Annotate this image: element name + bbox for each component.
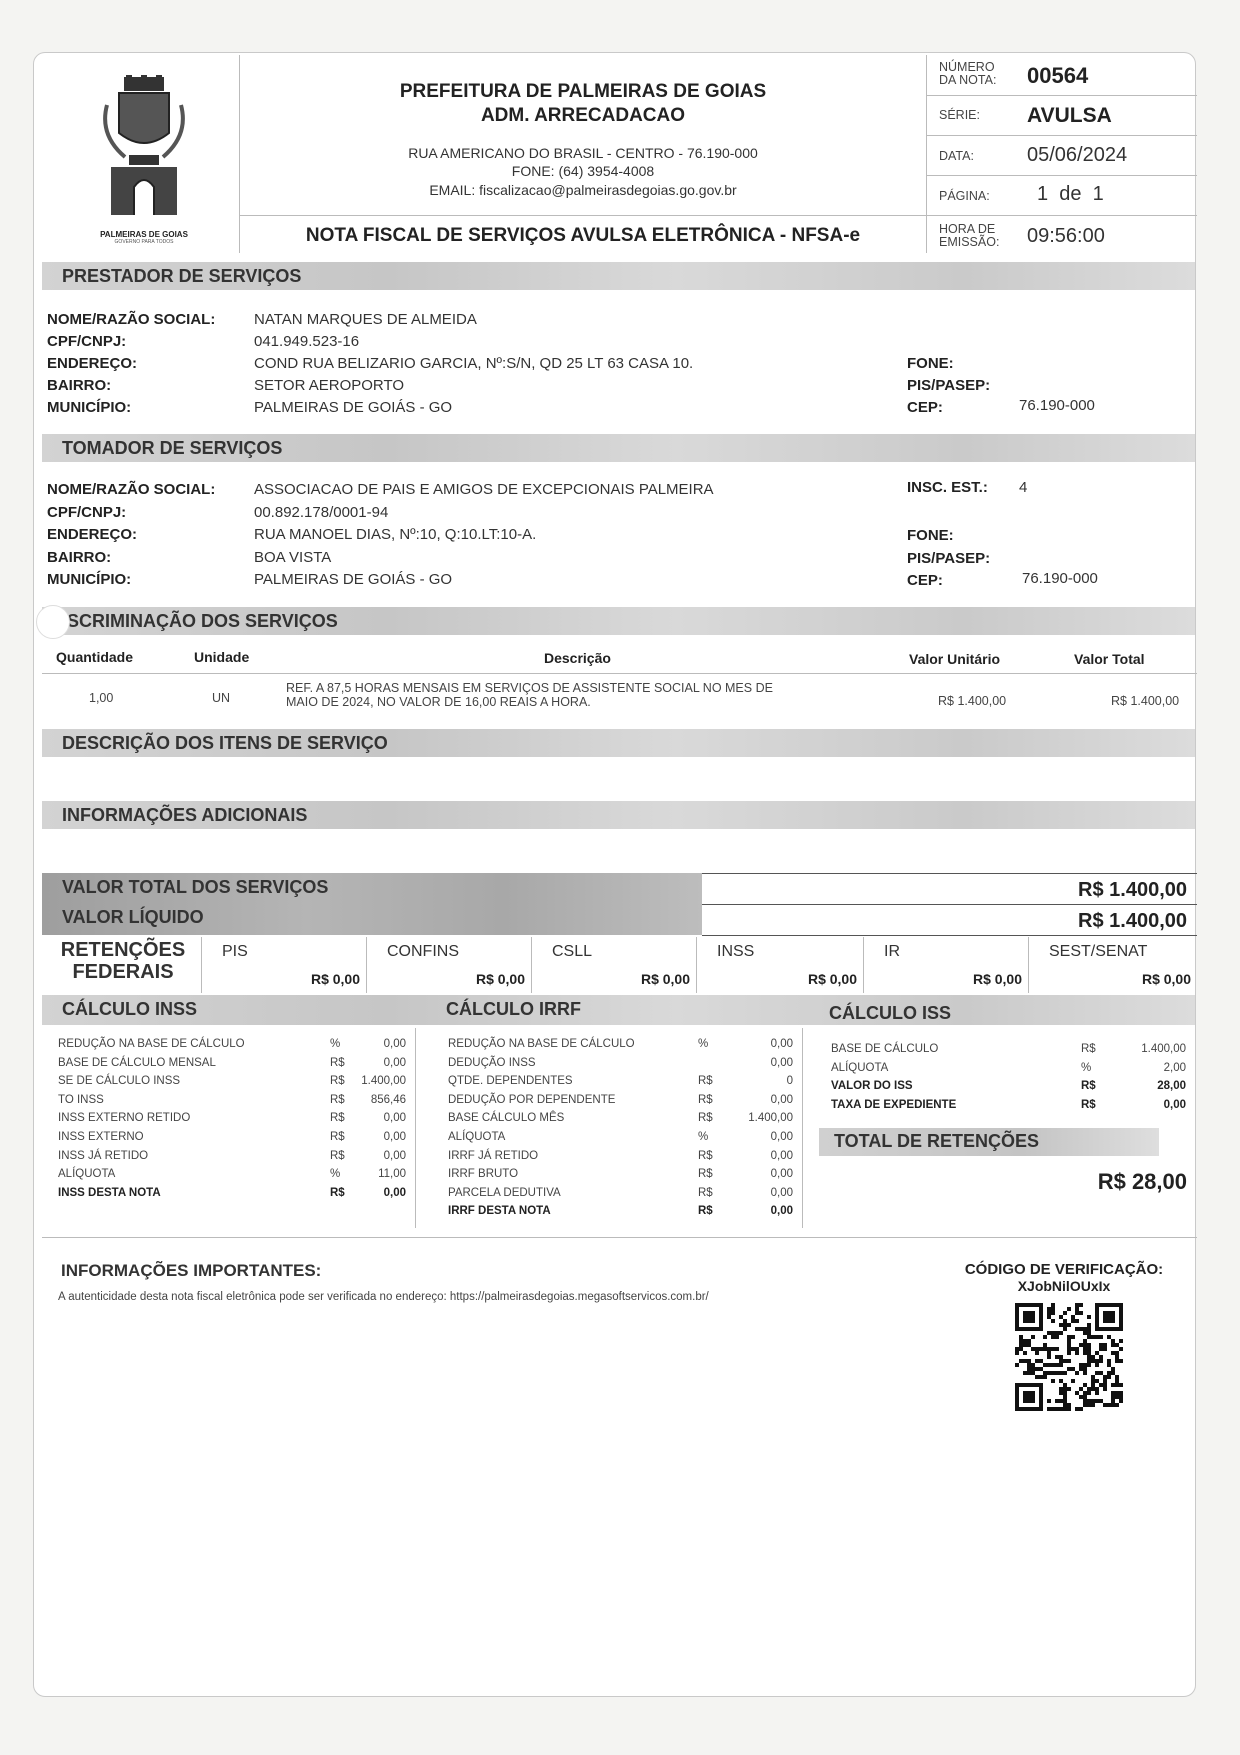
calc-label: IRRF JÁ RETIDO: [448, 1150, 538, 1162]
logo-subcaption: GOVERNO PARA TODOS: [89, 239, 199, 245]
calc-label: BASE DE CÁLCULO: [831, 1043, 938, 1055]
info-importantes-text: A autenticidade desta nota fiscal eletrô…: [58, 1291, 709, 1303]
calc-irrf-row: PARCELA DEDUTIVAR$0,00: [448, 1187, 793, 1206]
calc-value: 0,00: [771, 1205, 793, 1217]
calc-unit: R$: [1081, 1080, 1096, 1092]
retencao-label: CONFINS: [387, 943, 459, 961]
retencao-value: R$ 0,00: [641, 971, 690, 987]
issuer-email: EMAIL: fiscalizacao@palmeirasdegoias.go.…: [240, 182, 926, 198]
tomador-cep: 76.190-000: [1022, 570, 1098, 587]
retencao-confins: CONFINSR$ 0,00: [366, 937, 531, 993]
service-valor-unitario: R$ 1.400,00: [938, 694, 1006, 708]
calc-label: TAXA DE EXPEDIENTE: [831, 1099, 956, 1111]
calc-irrf-row: BASE CÁLCULO MÊSR$1.400,00: [448, 1112, 793, 1131]
calc-unit: %: [1081, 1062, 1091, 1074]
calc-label: ALÍQUOTA: [58, 1168, 115, 1180]
calc-value: 0,00: [384, 1131, 406, 1143]
retencao-sest-senat: SEST/SENATR$ 0,00: [1028, 937, 1197, 993]
col-valor-unitario: Valor Unitário: [909, 651, 1000, 667]
calc-label: INSS EXTERNO: [58, 1131, 144, 1143]
prestador-nome-label: NOME/RAZÃO SOCIAL:: [47, 309, 215, 331]
section-itens-servico: DESCRIÇÃO DOS ITENS DE SERVIÇO: [42, 729, 1195, 757]
calc-unit: R$: [698, 1150, 713, 1162]
tomador-municipio-label: MUNICÍPIO:: [47, 569, 215, 592]
valor-liquido: R$ 1.400,00: [1078, 910, 1187, 933]
hora-label: HORA DE EMISSÃO:: [939, 223, 1014, 249]
calc-value: 0: [787, 1075, 793, 1087]
calc-iss-row: BASE DE CÁLCULOR$1.400,00: [831, 1043, 1186, 1062]
calc-unit: R$: [698, 1168, 713, 1180]
calc-label: ALÍQUOTA: [831, 1062, 888, 1074]
valor-total-servicos: R$ 1.400,00: [1078, 879, 1187, 902]
calc-label: INSS EXTERNO RETIDO: [58, 1112, 190, 1124]
service-quantidade: 1,00: [89, 691, 113, 705]
qr-code-icon: [1015, 1303, 1123, 1411]
calc-value: 0,00: [384, 1112, 406, 1124]
prestador-cep: 76.190-000: [1019, 397, 1095, 414]
retencoes-title-l2: FEDERAIS: [48, 961, 198, 983]
service-descricao-l2: MAIO DE 2024, NO VALOR DE 16,00 REAIS A …: [286, 695, 773, 709]
calc-irrf-row: ALÍQUOTA%0,00: [448, 1131, 793, 1150]
section-prestador-title: PRESTADOR DE SERVIÇOS: [62, 266, 301, 287]
calc-unit: R$: [330, 1112, 345, 1124]
calc-unit: %: [330, 1168, 340, 1180]
section-servicos: ISCRIMINAÇÃO DOS SERVIÇOS: [42, 607, 1195, 635]
calc-iss-title: CÁLCULO ISS: [829, 1003, 951, 1024]
calc-unit: R$: [330, 1131, 345, 1143]
calc-value: 28,00: [1157, 1080, 1186, 1092]
calc-unit: R$: [330, 1187, 345, 1199]
issuer-address: RUA AMERICANO DO BRASIL - CENTRO - 76.19…: [240, 145, 926, 161]
calc-irrf-row: IRRF JÁ RETIDOR$0,00: [448, 1150, 793, 1169]
total-retencoes-value: R$ 28,00: [1098, 1169, 1187, 1195]
calc-value: 0,00: [1164, 1099, 1186, 1111]
section-tomador-title: TOMADOR DE SERVIÇOS: [62, 438, 282, 459]
nfsa-document: PALMEIRAS DE GOIAS GOVERNO PARA TODOS PR…: [33, 52, 1196, 1697]
prestador-municipio: PALMEIRAS DE GOIÁS - GO: [254, 397, 693, 419]
data-label: DATA:: [939, 149, 974, 163]
invoice-number: 00564: [1027, 63, 1088, 89]
calc-value: 11,00: [378, 1168, 406, 1180]
calc-value: 0,00: [384, 1038, 406, 1050]
calc-label: DEDUÇÃO INSS: [448, 1057, 536, 1069]
retencao-value: R$ 0,00: [311, 971, 360, 987]
section-tomador: TOMADOR DE SERVIÇOS: [42, 434, 1195, 462]
retencao-label: SEST/SENAT: [1049, 943, 1147, 961]
prestador-municipio-label: MUNICÍPIO:: [47, 397, 215, 419]
retencao-label: PIS: [222, 943, 248, 961]
calc-value: 1.400,00: [748, 1112, 793, 1124]
prestador-bairro-label: BAIRRO:: [47, 375, 215, 397]
calc-label: SE DE CÁLCULO INSS: [58, 1075, 180, 1087]
calc-value: 1.400,00: [1141, 1043, 1186, 1055]
tomador-bairro-label: BAIRRO:: [47, 547, 215, 570]
calc-band: [42, 995, 1195, 1025]
retencao-pis: PISR$ 0,00: [201, 937, 366, 993]
invoice-date: 05/06/2024: [1027, 144, 1127, 167]
tomador-nome-label: NOME/RAZÃO SOCIAL:: [47, 479, 215, 502]
codigo-verificacao-label: CÓDIGO DE VERIFICAÇÃO:: [939, 1261, 1189, 1278]
tomador-fone-label: FONE:: [907, 525, 990, 548]
punch-hole: [36, 605, 70, 639]
section-info-adicionais-title: INFORMAÇÕES ADICIONAIS: [62, 805, 307, 826]
service-valor-total: R$ 1.400,00: [1111, 694, 1179, 708]
calc-value: 0,00: [771, 1187, 793, 1199]
info-importantes-title: INFORMAÇÕES IMPORTANTES:: [61, 1261, 321, 1281]
calc-inss-row: TO INSSR$856,46: [58, 1094, 406, 1113]
prestador-nome: NATAN MARQUES DE ALMEIDA: [254, 309, 693, 331]
prestador-cep-label: CEP:: [907, 397, 990, 419]
retencao-inss: INSSR$ 0,00: [696, 937, 863, 993]
emission-time: 09:56:00: [1027, 225, 1105, 248]
calc-irrf-row: DEDUÇÃO POR DEPENDENTER$0,00: [448, 1094, 793, 1113]
calc-value: 1.400,00: [361, 1075, 406, 1087]
calc-label: BASE CÁLCULO MÊS: [448, 1112, 564, 1124]
retencao-csll: CSLLR$ 0,00: [531, 937, 696, 993]
logo-caption: PALMEIRAS DE GOIAS: [89, 230, 199, 239]
calc-unit: R$: [330, 1094, 345, 1106]
tomador-bairro: BOA VISTA: [254, 547, 714, 570]
col-valor-total: Valor Total: [1074, 651, 1145, 667]
calc-inss-row: ALÍQUOTA%11,00: [58, 1168, 406, 1187]
section-itens-servico-title: DESCRIÇÃO DOS ITENS DE SERVIÇO: [62, 733, 388, 754]
retencao-value: R$ 0,00: [476, 971, 525, 987]
calc-inss-title: CÁLCULO INSS: [62, 999, 197, 1020]
calc-label: IRRF DESTA NOTA: [448, 1205, 551, 1217]
calc-unit: %: [698, 1038, 708, 1050]
calc-label: VALOR DO ISS: [831, 1080, 913, 1092]
col-descricao: Descrição: [544, 650, 611, 666]
calc-value: 0,00: [771, 1131, 793, 1143]
issuer-phone: FONE: (64) 3954-4008: [240, 163, 926, 179]
tomador-pis-label: PIS/PASEP:: [907, 548, 990, 571]
calc-label: QTDE. DEPENDENTES: [448, 1075, 573, 1087]
retencao-label: IR: [884, 943, 900, 961]
calc-unit: R$: [698, 1187, 713, 1199]
calc-value: 0,00: [384, 1150, 406, 1162]
prestador-endereco-label: ENDEREÇO:: [47, 353, 215, 375]
calc-inss-row: REDUÇÃO NA BASE DE CÁLCULO%0,00: [58, 1038, 406, 1057]
numero-label: NÚMERO DA NOTA:: [939, 61, 1014, 87]
col-quantidade: Quantidade: [56, 649, 133, 665]
calc-unit: R$: [698, 1205, 713, 1217]
calc-label: REDUÇÃO NA BASE DE CÁLCULO: [58, 1038, 245, 1050]
calc-inss-row: INSS EXTERNO RETIDOR$0,00: [58, 1112, 406, 1131]
valor-total-label: VALOR TOTAL DOS SERVIÇOS: [62, 877, 328, 898]
calc-irrf-row: REDUÇÃO NA BASE DE CÁLCULO%0,00: [448, 1038, 793, 1057]
service-unidade: UN: [212, 691, 230, 705]
calc-label: ALÍQUOTA: [448, 1131, 505, 1143]
calc-unit: %: [698, 1131, 708, 1143]
calc-label: INSS DESTA NOTA: [58, 1187, 161, 1199]
retencao-value: R$ 0,00: [808, 971, 857, 987]
calc-value: 0,00: [384, 1187, 406, 1199]
calc-inss-row: BASE DE CÁLCULO MENSALR$0,00: [58, 1057, 406, 1076]
tomador-cpf: 00.892.178/0001-94: [254, 502, 714, 525]
retencao-ir: IRR$ 0,00: [863, 937, 1028, 993]
invoice-meta-box: NÚMERO DA NOTA: 00564 SÉRIE: AVULSA DATA…: [927, 53, 1197, 253]
prestador-cpf: 041.949.523-16: [254, 331, 693, 353]
section-info-adicionais: INFORMAÇÕES ADICIONAIS: [42, 801, 1195, 829]
col-unidade: Unidade: [194, 649, 249, 665]
calc-value: 0,00: [771, 1038, 793, 1050]
calc-iss-row: TAXA DE EXPEDIENTER$0,00: [831, 1099, 1186, 1118]
calc-irrf-row: IRRF BRUTOR$0,00: [448, 1168, 793, 1187]
calc-value: 0,00: [771, 1094, 793, 1106]
retencoes-title-l1: RETENÇÕES: [48, 939, 198, 961]
calc-inss-row: INSS EXTERNOR$0,00: [58, 1131, 406, 1150]
invoice-page: 1 de 1: [1037, 183, 1104, 206]
calc-unit: R$: [1081, 1043, 1096, 1055]
calc-irrf-title: CÁLCULO IRRF: [446, 999, 581, 1020]
calc-unit: R$: [330, 1057, 345, 1069]
calc-label: REDUÇÃO NA BASE DE CÁLCULO: [448, 1038, 635, 1050]
calc-label: BASE DE CÁLCULO MENSAL: [58, 1057, 216, 1069]
prestador-fone-label: FONE:: [907, 353, 990, 375]
valor-liquido-label: VALOR LÍQUIDO: [62, 907, 204, 928]
calc-value: 0,00: [771, 1057, 793, 1069]
document-title: NOTA FISCAL DE SERVIÇOS AVULSA ELETRÔNIC…: [240, 225, 926, 247]
calc-iss-row: ALÍQUOTA%2,00: [831, 1062, 1186, 1081]
calc-irrf-row: IRRF DESTA NOTAR$0,00: [448, 1205, 793, 1224]
calc-label: DEDUÇÃO POR DEPENDENTE: [448, 1094, 615, 1106]
calc-unit: %: [330, 1038, 340, 1050]
tomador-insc: 4: [1019, 479, 1027, 496]
invoice-serie: AVULSA: [1027, 104, 1112, 128]
service-descricao-l1: REF. A 87,5 HORAS MENSAIS EM SERVIÇOS DE…: [286, 681, 773, 695]
issuer-title: PREFEITURA DE PALMEIRAS DE GOIAS: [240, 81, 926, 103]
calc-irrf-row: QTDE. DEPENDENTESR$0: [448, 1075, 793, 1094]
calc-unit: R$: [1081, 1099, 1096, 1111]
calc-value: 856,46: [371, 1094, 406, 1106]
issuer-subtitle: ADM. ARRECADACAO: [240, 105, 926, 127]
retencao-label: CSLL: [552, 943, 592, 961]
serie-label: SÉRIE:: [939, 108, 980, 122]
total-retencoes-label: TOTAL DE RETENÇÕES: [834, 1131, 1039, 1152]
tomador-cep-label: CEP:: [907, 570, 990, 593]
calc-inss-row: INSS JÁ RETIDOR$0,00: [58, 1150, 406, 1169]
calc-label: TO INSS: [58, 1094, 104, 1106]
prestador-pis-label: PIS/PASEP:: [907, 375, 990, 397]
calc-unit: R$: [330, 1150, 345, 1162]
calc-unit: R$: [698, 1094, 713, 1106]
tomador-nome: ASSOCIACAO DE PAIS E AMIGOS DE EXCEPCION…: [254, 479, 714, 502]
tomador-cpf-label: CPF/CNPJ:: [47, 502, 215, 525]
codigo-verificacao: XJobNilOUxIx: [939, 1278, 1189, 1294]
tomador-municipio: PALMEIRAS DE GOIÁS - GO: [254, 569, 714, 592]
calc-iss-row: VALOR DO ISSR$28,00: [831, 1080, 1186, 1099]
section-servicos-title: ISCRIMINAÇÃO DOS SERVIÇOS: [62, 611, 338, 632]
calc-label: PARCELA DEDUTIVA: [448, 1187, 561, 1199]
calc-value: 2,00: [1164, 1062, 1186, 1074]
tomador-endereco-label: ENDEREÇO:: [47, 524, 215, 547]
prestador-cpf-label: CPF/CNPJ:: [47, 331, 215, 353]
calc-label: IRRF BRUTO: [448, 1168, 518, 1180]
municipal-coat-of-arms-logo: PALMEIRAS DE GOIAS GOVERNO PARA TODOS: [89, 75, 199, 245]
pagina-label: PÁGINA:: [939, 189, 990, 203]
calc-unit: R$: [330, 1075, 345, 1087]
calc-irrf-row: DEDUÇÃO INSS0,00: [448, 1057, 793, 1076]
calc-unit: R$: [698, 1112, 713, 1124]
prestador-endereco: COND RUA BELIZARIO GARCIA, Nº:S/N, QD 25…: [254, 353, 693, 375]
calc-inss-row: INSS DESTA NOTAR$0,00: [58, 1187, 406, 1206]
calc-value: 0,00: [771, 1168, 793, 1180]
calc-inss-row: SE DE CÁLCULO INSSR$1.400,00: [58, 1075, 406, 1094]
calc-label: INSS JÁ RETIDO: [58, 1150, 148, 1162]
tomador-endereco: RUA MANOEL DIAS, Nº:10, Q:10.LT:10-A.: [254, 524, 714, 547]
retencao-value: R$ 0,00: [973, 971, 1022, 987]
calc-unit: R$: [698, 1075, 713, 1087]
section-prestador: PRESTADOR DE SERVIÇOS: [42, 262, 1195, 290]
calc-value: 0,00: [771, 1150, 793, 1162]
prestador-bairro: SETOR AEROPORTO: [254, 375, 693, 397]
retencao-label: INSS: [717, 943, 754, 961]
tomador-insc-label: INSC. EST.:: [907, 479, 988, 496]
calc-value: 0,00: [384, 1057, 406, 1069]
retencao-value: R$ 0,00: [1142, 971, 1191, 987]
